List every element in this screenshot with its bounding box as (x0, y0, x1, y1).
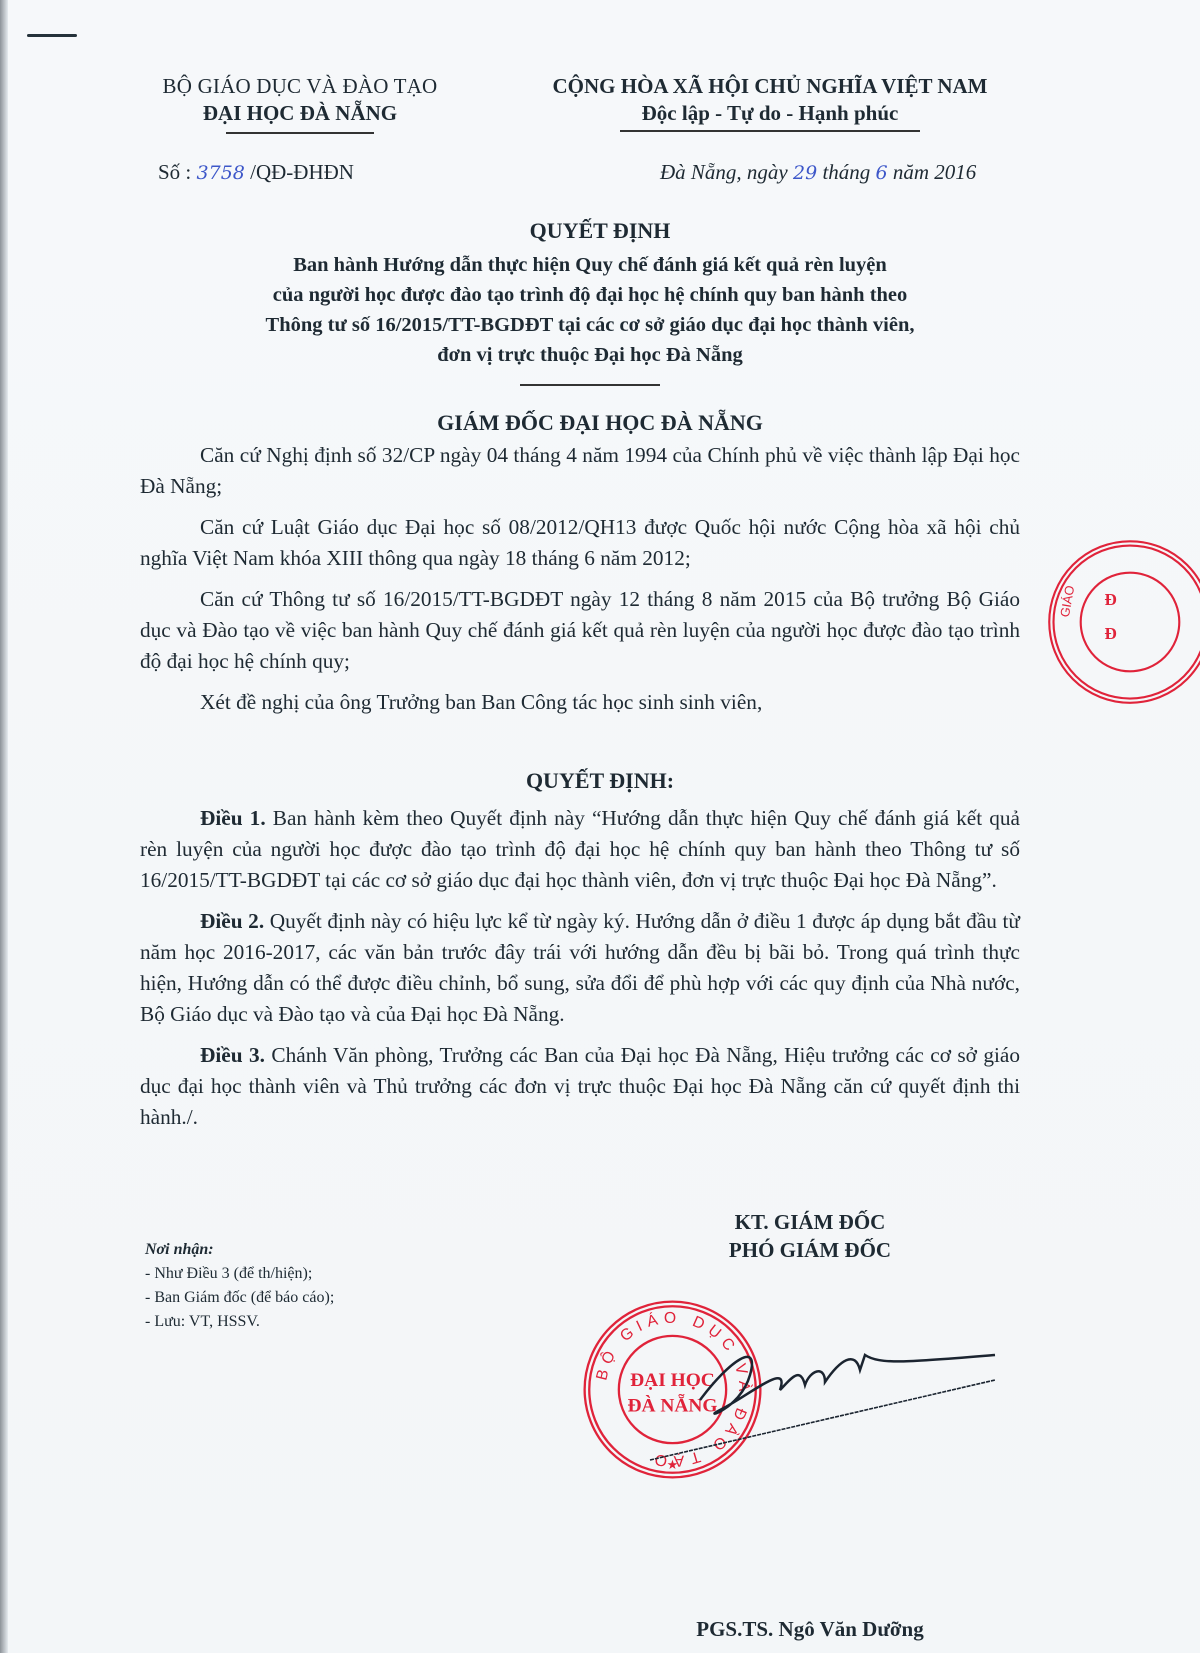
date-month: 6 (876, 162, 888, 184)
recipient-item: - Lưu: VT, HSSV. (145, 1310, 334, 1334)
subtitle-line: đơn vị trực thuộc Đại học Đà Nẵng (150, 340, 1030, 370)
preamble-item: Căn cứ Thông tư số 16/2015/TT-BGDĐT ngày… (140, 584, 1020, 677)
subtitle-line: Ban hành Hướng dẫn thực hiện Quy chế đán… (150, 250, 1030, 280)
preamble-item: Xét đề nghị của ông Trưởng ban Ban Công … (140, 687, 1020, 718)
republic-name: CỘNG HÒA XÃ HỘI CHỦ NGHĨA VIỆT NAM (520, 74, 1020, 99)
signature-block: KT. GIÁM ĐỐC PHÓ GIÁM ĐỐC (680, 1208, 940, 1264)
article-text: Ban hành kèm theo Quyết định này “Hướng … (140, 806, 1020, 892)
svg-text:Đ: Đ (1105, 624, 1117, 643)
preamble-item: Căn cứ Nghị định số 32/CP ngày 04 tháng … (140, 440, 1020, 502)
articles: Điều 1. Ban hành kèm theo Quyết định này… (140, 803, 1020, 1133)
header-right-rule (620, 130, 920, 132)
signature-title-1: KT. GIÁM ĐỐC (680, 1208, 940, 1236)
article-text: Chánh Văn phòng, Trưởng các Ban của Đại … (140, 1043, 1020, 1129)
signature-title-2: PHÓ GIÁM ĐỐC (680, 1236, 940, 1264)
number-prefix: Số : (158, 160, 197, 184)
scan-edge (0, 0, 8, 1653)
signer-name: PGS.TS. Ngô Văn Dưỡng (650, 1617, 970, 1642)
preamble: Căn cứ Nghị định số 32/CP ngày 04 tháng … (140, 440, 1020, 718)
recipients: Nơi nhận: - Như Điều 3 (để th/hiện); - B… (145, 1238, 334, 1334)
decide-heading: QUYẾT ĐỊNH: (0, 768, 1200, 794)
svg-text:Đ: Đ (1105, 590, 1117, 609)
article-label: Điều 1. (200, 806, 266, 830)
article-label: Điều 2. (200, 909, 264, 933)
document-subtitle: Ban hành Hướng dẫn thực hiện Quy chế đán… (150, 250, 1030, 370)
document-page: BỘ GIÁO DỤC VÀ ĐÀO TẠO ĐẠI HỌC ĐÀ NẴNG S… (0, 0, 1200, 1653)
document-number: Số : 3758 /QĐ-ĐHĐN (158, 160, 354, 185)
university-name: ĐẠI HỌC ĐÀ NẴNG (110, 101, 490, 126)
article-2: Điều 2. Quyết định này có hiệu lực kể từ… (140, 906, 1020, 1030)
issuer-heading: GIÁM ĐỐC ĐẠI HỌC ĐÀ NẴNG (0, 410, 1200, 436)
corner-mark (27, 34, 77, 37)
recipient-item: - Ban Giám đốc (để báo cáo); (145, 1286, 334, 1310)
header-left: BỘ GIÁO DỤC VÀ ĐÀO TẠO ĐẠI HỌC ĐÀ NẴNG (110, 74, 490, 134)
date-prefix: Đà Nẵng, ngày (660, 160, 793, 184)
number-suffix: /QĐ-ĐHĐN (245, 160, 354, 184)
date-mid: tháng (817, 160, 875, 184)
page-edge-stamp-icon: GIÁO Đ Đ (1045, 537, 1200, 707)
article-1: Điều 1. Ban hành kèm theo Quyết định này… (140, 803, 1020, 896)
ministry-name: BỘ GIÁO DỤC VÀ ĐÀO TẠO (110, 74, 490, 99)
date-day: 29 (793, 162, 817, 184)
subtitle-line: Thông tư số 16/2015/TT-BGDĐT tại các cơ … (150, 310, 1030, 340)
subtitle-rule (520, 384, 660, 386)
article-3: Điều 3. Chánh Văn phòng, Trưởng các Ban … (140, 1040, 1020, 1133)
recipient-item: - Như Điều 3 (để th/hiện); (145, 1262, 334, 1286)
subtitle-line: của người học được đào tạo trình độ đại … (150, 280, 1030, 310)
recipients-heading: Nơi nhận: (145, 1238, 334, 1262)
preamble-item: Căn cứ Luật Giáo dục Đại học số 08/2012/… (140, 512, 1020, 574)
number-handwritten: 3758 (197, 162, 245, 184)
article-label: Điều 3. (200, 1043, 265, 1067)
header-left-rule (226, 132, 374, 134)
article-text: Quyết định này có hiệu lực kể từ ngày ký… (140, 909, 1020, 1026)
document-title: QUYẾT ĐỊNH (0, 218, 1200, 244)
header-right: CỘNG HÒA XÃ HỘI CHỦ NGHĨA VIỆT NAM Độc l… (520, 74, 1020, 132)
national-motto: Độc lập - Tự do - Hạnh phúc (520, 101, 1020, 126)
signature-icon (640, 1320, 1000, 1470)
document-date: Đà Nẵng, ngày 29 tháng 6 năm 2016 (660, 160, 976, 185)
date-suffix: năm 2016 (888, 160, 977, 184)
